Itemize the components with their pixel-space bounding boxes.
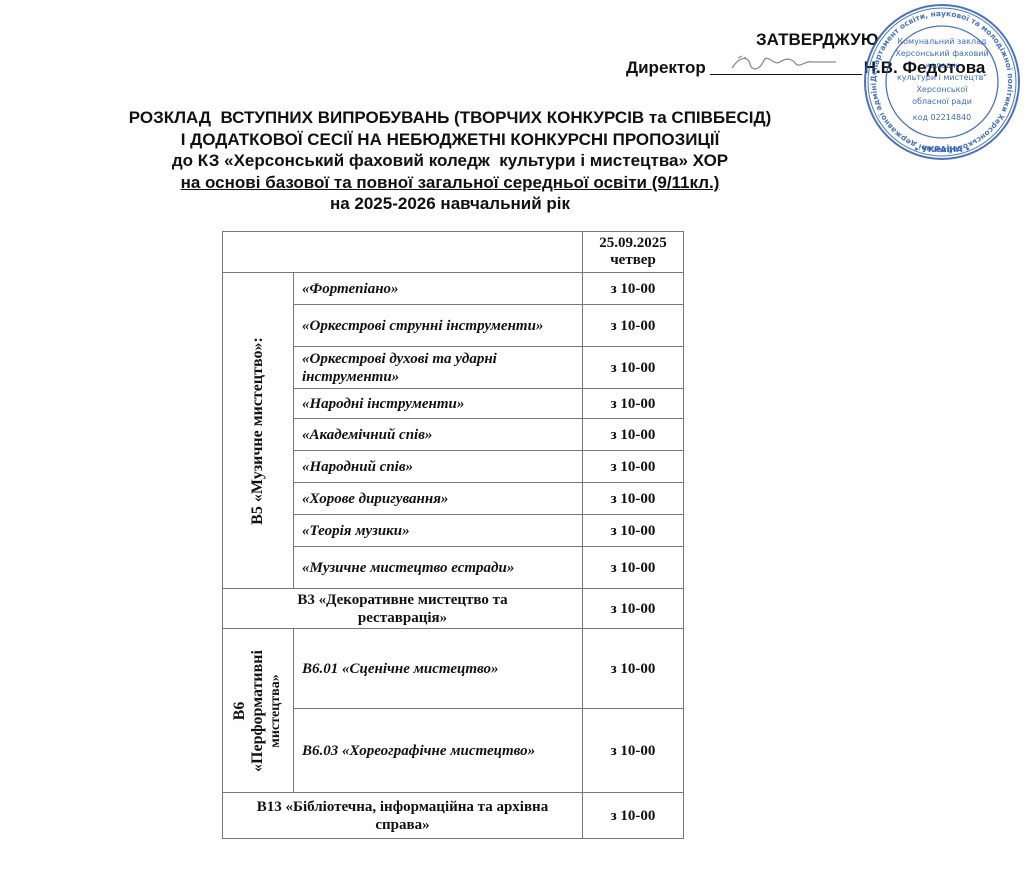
time-cell: з 10-00 bbox=[583, 483, 684, 515]
time-cell: з 10-00 bbox=[583, 589, 684, 629]
specialty-cell: «Академічний спів» bbox=[294, 419, 583, 451]
specialty-cell: «Народні інструменти» bbox=[294, 389, 583, 419]
stamp-line-2: Херсонський фаховий bbox=[895, 49, 988, 58]
specialty-cell: В6.01 «Сценічне мистецтво» bbox=[294, 629, 583, 709]
group-cell-b6: В6 «Перформативні мистецтва» bbox=[223, 629, 294, 793]
time-cell: з 10-00 bbox=[583, 305, 684, 347]
time-cell: з 10-00 bbox=[583, 451, 684, 483]
signature-scribble-icon bbox=[730, 52, 840, 74]
specialty-cell: «Народний спів» bbox=[294, 451, 583, 483]
title-line-3: до КЗ «Херсонський фаховий коледж культу… bbox=[0, 150, 900, 172]
table-row: В5 «Музичне мистецтво»: «Фортепіано» з 1… bbox=[223, 273, 684, 305]
stamp-line-4: культури і мистецтв" bbox=[897, 73, 987, 82]
specialty-cell-b3: В3 «Декоративне мистецтво та реставрація… bbox=[223, 589, 583, 629]
group-label-b6: В6 «Перформативні мистецтва» bbox=[231, 650, 285, 772]
header-date: 25.09.2025 bbox=[589, 235, 677, 252]
time-cell: з 10-00 bbox=[583, 273, 684, 305]
stamp-line-1: Комунальний заклад bbox=[897, 37, 986, 46]
group-label-b6-line1: В6 bbox=[231, 650, 249, 772]
specialty-cell: «Хорове диригування» bbox=[294, 483, 583, 515]
time-cell: з 10-00 bbox=[583, 547, 684, 589]
time-cell: з 10-00 bbox=[583, 709, 684, 793]
approval-heading: ЗАТВЕРДЖУЮ bbox=[756, 30, 878, 50]
title-line-4: на основі базової та повної загальної се… bbox=[0, 172, 900, 194]
time-cell: з 10-00 bbox=[583, 389, 684, 419]
specialty-cell: «Фортепіано» bbox=[294, 273, 583, 305]
specialty-cell: «Оркестрові струнні інструменти» bbox=[294, 305, 583, 347]
group-cell-b5: В5 «Музичне мистецтво»: bbox=[223, 273, 294, 589]
title-line-5: на 2025-2026 навчальний рік bbox=[0, 193, 900, 215]
specialty-cell: «Музичне мистецтво естради» bbox=[294, 547, 583, 589]
title-line-1: РОЗКЛАД ВСТУПНИХ ВИПРОБУВАНЬ (ТВОРЧИХ КО… bbox=[0, 107, 900, 129]
table-row: В13 «Бібліотечна, інформаційна та архівн… bbox=[223, 793, 684, 839]
director-label: Директор bbox=[626, 58, 706, 78]
time-cell: з 10-00 bbox=[583, 629, 684, 709]
specialty-cell: «Оркестрові духові та ударні інструменти… bbox=[294, 347, 583, 389]
header-blank-cell bbox=[223, 232, 583, 273]
document-title: РОЗКЛАД ВСТУПНИХ ВИПРОБУВАНЬ (ТВОРЧИХ КО… bbox=[0, 107, 900, 215]
time-cell: з 10-00 bbox=[583, 419, 684, 451]
title-line-2: І ДОДАТКОВОЇ СЕСІЇ НА НЕБЮДЖЕТНІ КОНКУРС… bbox=[0, 129, 900, 151]
signature-field bbox=[710, 58, 862, 75]
stamp-line-6: обласної ради bbox=[912, 97, 972, 106]
table-row: В6 «Перформативні мистецтва» В6.01 «Сцен… bbox=[223, 629, 684, 709]
header-date-cell: 25.09.2025 четвер bbox=[583, 232, 684, 273]
specialty-cell: «Теорія музики» bbox=[294, 515, 583, 547]
stamp-line-3: коледж bbox=[926, 61, 959, 70]
schedule-table: 25.09.2025 четвер В5 «Музичне мистецтво»… bbox=[222, 231, 684, 839]
time-cell: з 10-00 bbox=[583, 347, 684, 389]
group-label-b5: В5 «Музичне мистецтво»: bbox=[249, 337, 267, 525]
specialty-cell: В6.03 «Хореографічне мистецтво» bbox=[294, 709, 583, 793]
table-header-row: 25.09.2025 четвер bbox=[223, 232, 684, 273]
group-label-b6-line3: мистецтва» bbox=[267, 650, 285, 772]
stamp-line-5: Херсонської bbox=[916, 85, 968, 94]
time-cell: з 10-00 bbox=[583, 515, 684, 547]
group-label-b6-line2: «Перформативні bbox=[249, 650, 267, 772]
table-row: В3 «Декоративне мистецтво та реставрація… bbox=[223, 589, 684, 629]
specialty-cell-b13: В13 «Бібліотечна, інформаційна та архівн… bbox=[223, 793, 583, 839]
stamp-code: код 02214840 bbox=[913, 113, 972, 122]
stamp-country: • УКРАЇНА • bbox=[914, 144, 970, 154]
header-weekday: четвер bbox=[589, 252, 677, 269]
time-cell: з 10-00 bbox=[583, 793, 684, 839]
